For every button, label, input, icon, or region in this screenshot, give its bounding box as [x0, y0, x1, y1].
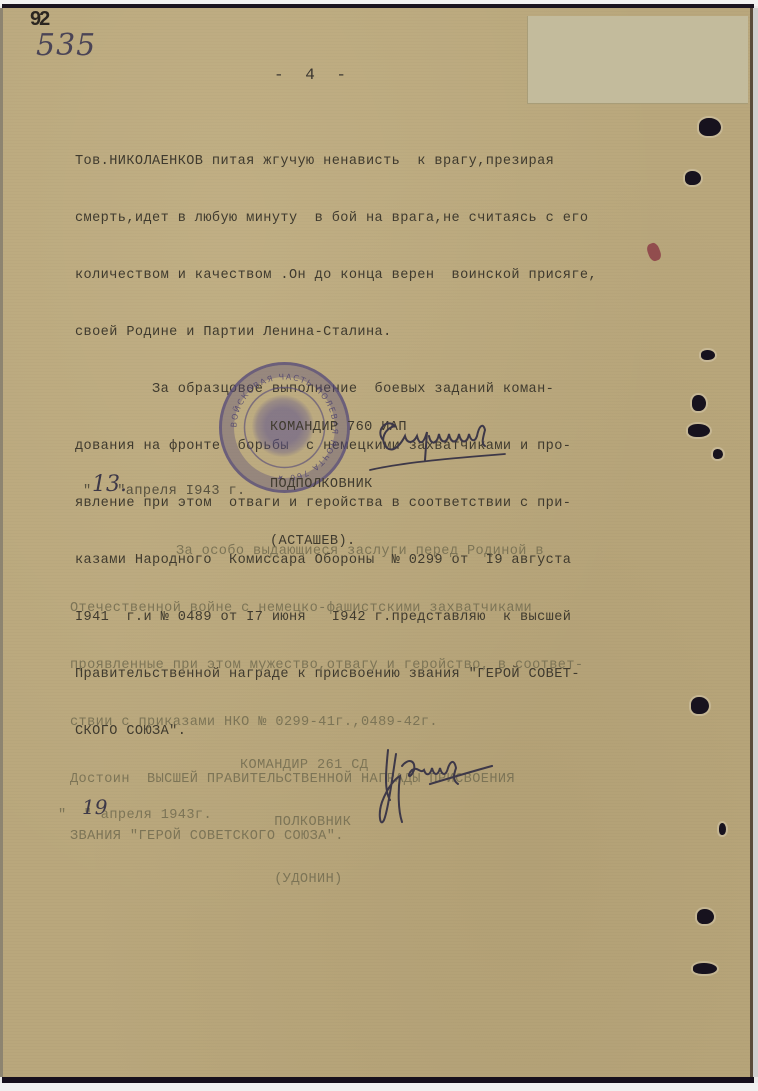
punch-hole-icon: [699, 118, 721, 136]
signature-2-icon: [370, 740, 500, 830]
resolution-first-line: За особо выдающиеся заслуги перед Родино…: [176, 542, 544, 561]
date-2-day-handwritten: 19: [82, 795, 107, 819]
scan-border-right: [753, 8, 758, 1077]
punch-hole-icon: [691, 697, 709, 714]
text-line: количеством и качеством .Он до конца вер…: [75, 266, 597, 285]
text-line: проявленные при этом мужество,отвагу и г…: [70, 656, 583, 675]
punch-hole-icon: [692, 395, 706, 411]
scan-border-bottom: [0, 1083, 758, 1091]
punch-hole-icon: [719, 823, 726, 835]
text-line: Отечественной войне с немецко-фашистским…: [70, 599, 583, 618]
signer-name: (УДОНИН): [240, 870, 368, 889]
punch-hole-icon: [713, 449, 723, 459]
signature-block-2: КОМАНДИР 261 СД ПОЛКОВНИК (УДОНИН): [240, 718, 368, 908]
handwritten-sheet-number: 535: [36, 28, 96, 63]
punch-hole-icon: [693, 963, 717, 974]
date-1-day-handwritten: 13.: [92, 472, 127, 497]
text-line: Тов.НИКОЛАЕНКОВ питая жгучую ненависть к…: [75, 152, 597, 171]
signature-1-icon: [365, 410, 515, 480]
text-line: своей Родине и Партии Ленина-Сталина.: [75, 323, 597, 342]
punch-hole-icon: [685, 171, 701, 185]
text-line: смерть,идет в любую минуту в бой на враг…: [75, 209, 597, 228]
punch-hole-icon: [701, 350, 715, 360]
punch-hole-icon: [688, 424, 710, 437]
punch-hole-icon: [697, 909, 714, 924]
page-number: - 4 -: [274, 66, 352, 84]
signer-rank: ПОЛКОВНИК: [240, 813, 368, 832]
page-left-edge: [0, 8, 3, 1077]
pasted-archive-label: [527, 16, 748, 104]
signer-position: КОМАНДИР 261 СД: [240, 756, 368, 775]
